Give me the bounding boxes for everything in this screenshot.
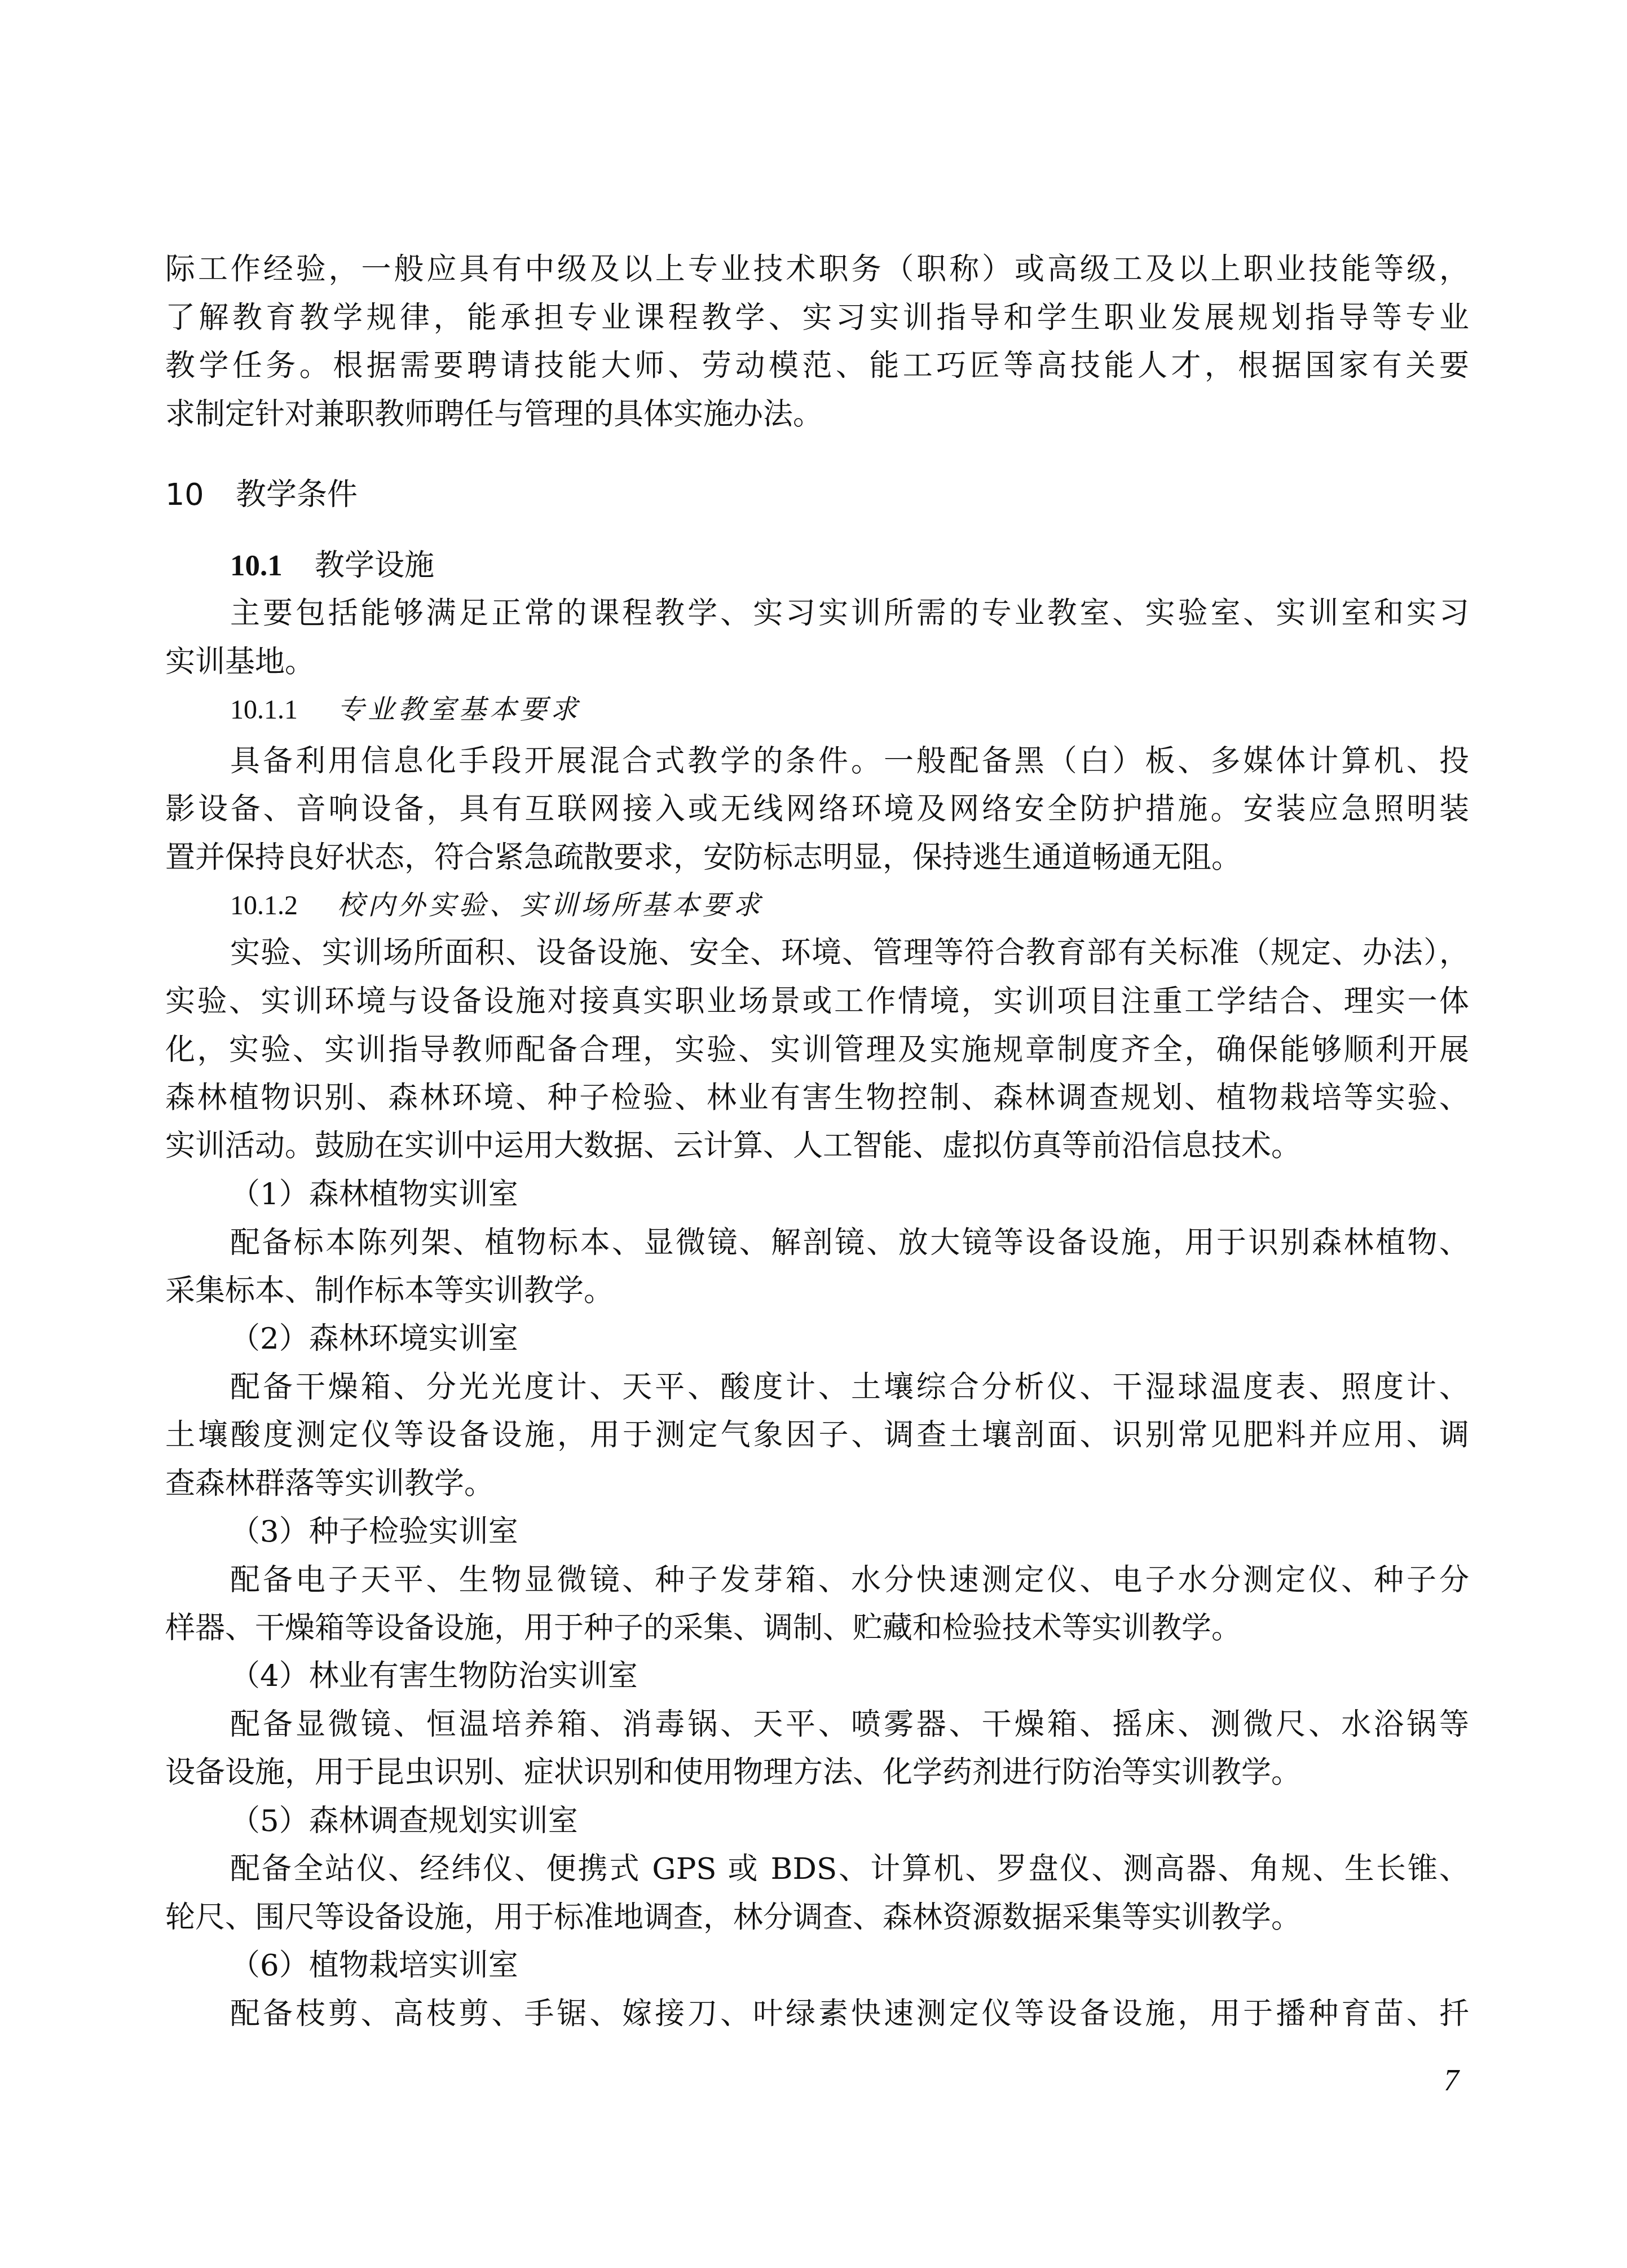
subsubsection-number: 10.1.2	[230, 886, 337, 926]
paragraph-line: 配备干燥箱、分光光度计、天平、酸度计、土壤综合分析仪、干湿球温度表、照度计、	[230, 1368, 1469, 1407]
paragraph-line: 设备设施，用于昆虫识别、症状识别和使用物理方法、化学药剂进行防治等实训教学。	[165, 1753, 1469, 1793]
paragraph-line: 配备枝剪、高枝剪、手锯、嫁接刀、叶绿素快速测定仪等设备设施，用于播种育苗、扦	[230, 1994, 1469, 2034]
paragraph-line: 具备利用信息化手段开展混合式教学的条件。一般配备黑（白）板、多媒体计算机、投	[230, 742, 1469, 781]
paragraph-line: 教学任务。根据需要聘请技能大师、劳动模范、能工巧匠等高技能人才，根据国家有关要	[165, 346, 1469, 386]
subsubsection-title: 专业教室基本要求	[337, 695, 581, 725]
subsubsection-heading-10-1-1: 10.1.1专业教室基本要求	[230, 690, 581, 730]
paragraph-line: 了解教育教学规律，能承担专业课程教学、实习实训指导和学生职业发展规划指导等专业	[165, 298, 1469, 338]
section-number: 10	[165, 475, 236, 514]
page-number: 7	[1444, 2064, 1459, 2096]
paragraph-line: 配备标本陈列架、植物标本、显微镜、解剖镜、放大镜等设备设施，用于识别森林植物、	[230, 1223, 1469, 1263]
room-title: （2）森林环境实训室	[230, 1319, 518, 1359]
subsection-number: 10.1	[230, 546, 315, 585]
paragraph-line: 际工作经验，一般应具有中级及以上专业技术职务（职称）或高级工及以上职业技能等级，	[165, 250, 1469, 289]
room-title: （6）植物栽培实训室	[230, 1946, 518, 1985]
paragraph-line: 轮尺、围尺等设备设施，用于标准地调查，林分调查、森林资源数据采集等实训教学。	[165, 1898, 1469, 1937]
section-heading: 10教学条件	[165, 475, 358, 514]
section-title: 教学条件	[236, 477, 358, 512]
paragraph-line: 样器、干燥箱等设备设施，用于种子的采集、调制、贮藏和检验技术等实训教学。	[165, 1609, 1469, 1648]
paragraph-line: 配备电子天平、生物显微镜、种子发芽箱、水分快速测定仪、电子水分测定仪、种子分	[230, 1561, 1469, 1600]
paragraph-line: 主要包括能够满足正常的课程教学、实习实训所需的专业教室、实验室、实训室和实习	[230, 594, 1469, 633]
room-title: （4）林业有害生物防治实训室	[230, 1657, 638, 1696]
paragraph-line: 配备全站仪、经纬仪、便携式 GPS 或 BDS、计算机、罗盘仪、测高器、角规、生…	[230, 1849, 1469, 1889]
paragraph-line: 影设备、音响设备，具有互联网接入或无线网络环境及网络安全防护措施。安装应急照明装	[165, 790, 1469, 829]
document-page: 际工作经验，一般应具有中级及以上专业技术职务（职称）或高级工及以上职业技能等级，…	[0, 0, 1627, 2268]
paragraph-line: 查森林群落等实训教学。	[165, 1464, 1469, 1504]
subsection-title: 教学设施	[315, 548, 434, 583]
room-title: （3）种子检验实训室	[230, 1512, 518, 1552]
paragraph-line: 土壤酸度测定仪等设备设施，用于测定气象因子、调查土壤剖面、识别常见肥料并应用、调	[165, 1416, 1469, 1455]
paragraph-line: 实训活动。鼓励在实训中运用大数据、云计算、人工智能、虚拟仿真等前沿信息技术。	[165, 1126, 1469, 1166]
paragraph-line: 化，实验、实训指导教师配备合理，实验、实训管理及实施规章制度齐全，确保能够顺利开…	[165, 1030, 1469, 1070]
room-title: （5）森林调查规划实训室	[230, 1802, 578, 1841]
room-title: （1）森林植物实训室	[230, 1175, 518, 1214]
subsubsection-number: 10.1.1	[230, 690, 337, 730]
subsubsection-heading-10-1-2: 10.1.2校内外实验、实训场所基本要求	[230, 886, 764, 926]
paragraph-line: 实验、实训场所面积、设备设施、安全、环境、管理等符合教育部有关标准（规定、办法）…	[230, 933, 1469, 973]
subsection-heading: 10.1教学设施	[230, 546, 434, 585]
paragraph-line: 求制定针对兼职教师聘任与管理的具体实施办法。	[165, 395, 1469, 434]
paragraph-line: 实训基地。	[165, 642, 1469, 682]
paragraph-line: 实验、实训环境与设备设施对接真实职业场景或工作情境，实训项目注重工学结合、理实一…	[165, 982, 1469, 1021]
paragraph-line: 采集标本、制作标本等实训教学。	[165, 1271, 1469, 1311]
paragraph-line: 森林植物识别、森林环境、种子检验、林业有害生物控制、森林调查规划、植物栽培等实验…	[165, 1078, 1469, 1118]
paragraph-line: 置并保持良好状态，符合紧急疏散要求，安防标志明显，保持逃生通道畅通无阻。	[165, 838, 1469, 878]
paragraph-line: 配备显微镜、恒温培养箱、消毒锅、天平、喷雾器、干燥箱、摇床、测微尺、水浴锅等	[230, 1705, 1469, 1745]
subsubsection-title: 校内外实验、实训场所基本要求	[337, 891, 764, 921]
